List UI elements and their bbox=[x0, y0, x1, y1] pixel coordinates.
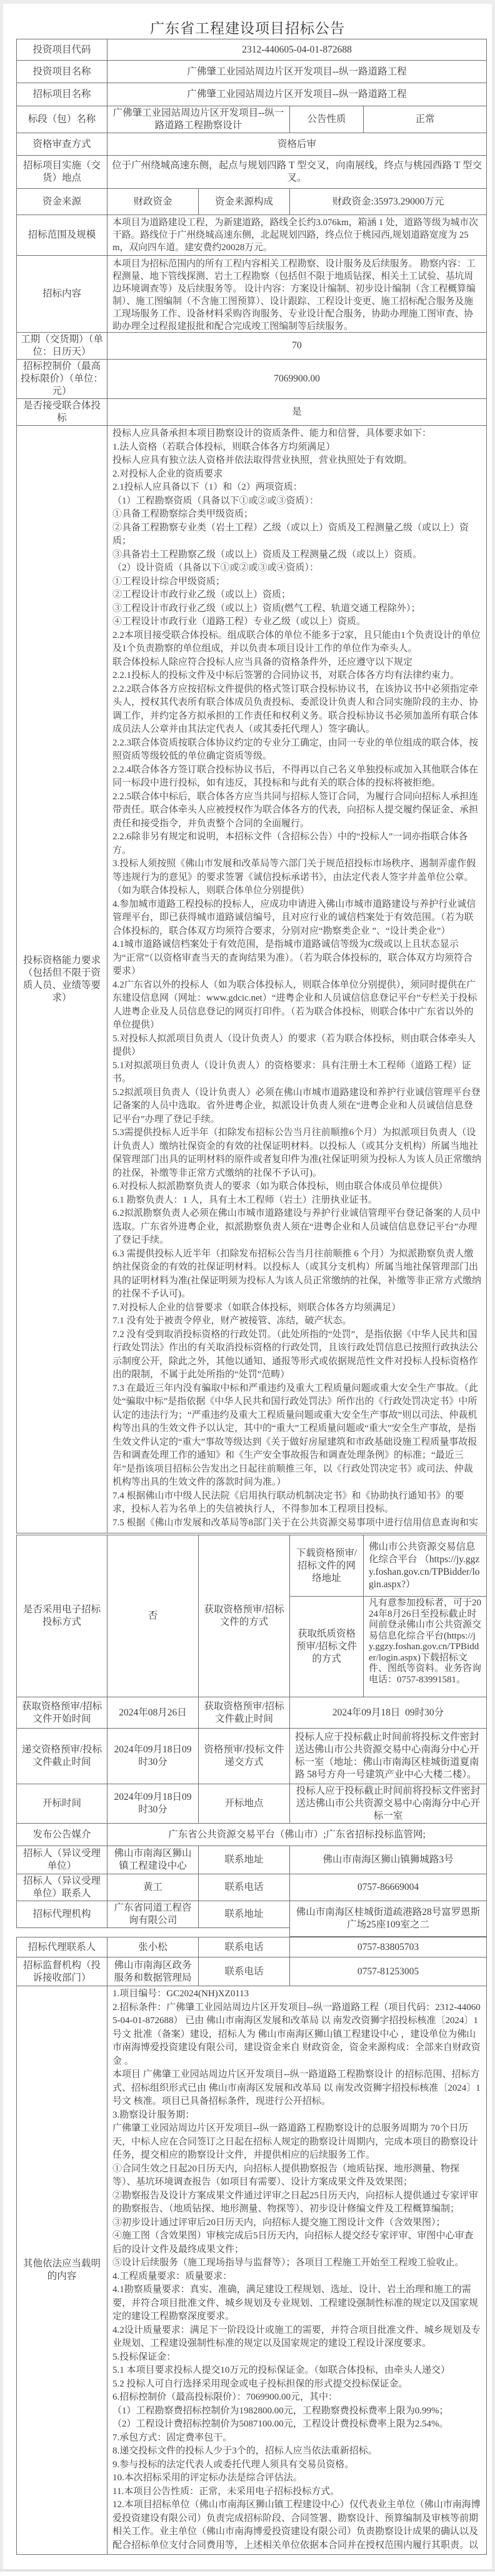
doc-download-label: 下载资格预审/招标文件的网络地址 bbox=[290, 1535, 364, 1597]
agency-contact-label: 招标代理联系人 bbox=[17, 1937, 107, 1957]
invest-name-value: 广佛肇工业园站周边片区开发项目--纵一路道路工程 bbox=[107, 61, 487, 83]
fund-source-label: 资金来源 bbox=[17, 189, 107, 215]
other-content-label: 其他依法应当载明的内容 bbox=[17, 1986, 107, 2555]
fund-source-value: 财政资金 bbox=[107, 189, 199, 215]
qualification-requirements-label: 投标资格能力要求（包括但不限于资质人员、业绩等要求） bbox=[17, 426, 107, 1533]
tender-name-value: 广佛肇工业园站周边片区开发项目--纵一路道路工程 bbox=[107, 83, 487, 106]
tenderer-phone-label: 联系电话 bbox=[199, 1874, 290, 1901]
supervisor-phone-value: 0757-81253005 bbox=[290, 1957, 487, 1986]
accept-consortium-value: 是 bbox=[107, 399, 487, 426]
supervisor-label: 招标监督机构（投诉接收部门） bbox=[17, 1957, 107, 1986]
doc-download-value: 佛山市公共资源交易信息化综合平台 （https://jy.ggzy.foshan… bbox=[364, 1535, 487, 1597]
qualification-requirements-cell: 投标人应具备承担本项目勘察设计的资质条件、能力和信誉，具体要求如下： 1.法人资… bbox=[107, 426, 487, 1533]
page-title: 广东省工程建设项目招标公告 bbox=[3, 19, 492, 39]
contacts-other-table: 招标代理联系人 张小松 联系电话 0757-83805703 招标监督机构（投诉… bbox=[16, 1937, 487, 2555]
tender-name-label: 招标项目名称 bbox=[17, 83, 107, 106]
duration-value: 70 bbox=[107, 333, 487, 360]
submission-deadline-value: 2024年09月18日09时30分 bbox=[107, 1729, 199, 1784]
qualification-requirements-value: 投标人应具备承担本项目勘察设计的资质条件、能力和信誉，具体要求如下： 1.法人资… bbox=[112, 427, 481, 1530]
bid-opening-place-label: 开标地点 bbox=[199, 1784, 290, 1824]
scope-scale-label: 招标范围及规模 bbox=[17, 215, 107, 256]
submission-method-value: 投标人应于投标截止时间前将投标文件密封送达佛山市公共资源交易中心南海分中心开标一… bbox=[290, 1729, 487, 1784]
accept-consortium-label: 是否接受联合体投标 bbox=[17, 399, 107, 426]
announcement-page: 广东省工程建设项目招标公告 投资项目代码 2312-440605-04-01-8… bbox=[0, 0, 495, 2576]
announcement-media-value: 广东省公共资源交易平台（佛山市）;广东省招标投标监管网; bbox=[107, 1824, 487, 1846]
scope-scale-value: 本项目为道路建设工程，为新建道路，路线全长约3.076km，箱涵 1 处，道路等… bbox=[107, 215, 487, 256]
tenderer-contact-label: 招标人（异议受理单位）联系人 bbox=[17, 1874, 107, 1901]
agency-label: 招标代理机构 bbox=[17, 1901, 107, 1928]
bidding-process-table: 是否采用电子招标投标方式 否 获取资格预审/招标文件的方式 下载资格预审/招标文… bbox=[16, 1535, 487, 1937]
submission-method-label: 资格预审/投标文件递交方式 bbox=[199, 1729, 290, 1784]
invest-name-label: 投资项目名称 bbox=[17, 61, 107, 83]
agency-addr-value: 佛山市南海区桂城街道疏港路28号富罗恩斯广场25座109室之二 bbox=[290, 1901, 487, 1937]
invest-code-value: 2312-440605-04-01-872688 bbox=[107, 39, 487, 61]
qualification-review-value: 资格后审 bbox=[107, 133, 487, 156]
notice-nature-label: 公告性质 bbox=[290, 106, 364, 133]
location-label: 招标项目实施（交货）地点 bbox=[17, 156, 107, 189]
fund-composition-label: 资金来源构成 bbox=[199, 189, 290, 215]
agency-phone-label: 联系电话 bbox=[199, 1937, 290, 1957]
tenderer-addr-label: 联系地址 bbox=[199, 1846, 290, 1874]
supervisor-value: 佛山市南海区政务服务和数据管理局 bbox=[107, 1957, 199, 1986]
bid-opening-time-label: 开标时间 bbox=[17, 1784, 107, 1824]
doc-start-time-value: 2024年08月26日 bbox=[107, 1697, 199, 1729]
doc-paper-label: 获取纸质资格预审/招标文件的方式 bbox=[290, 1597, 364, 1697]
location-value: 位于广州绕城高速东侧，起点与规划四路 T 型交叉，向南展线，终点与桃园西路 T … bbox=[107, 156, 487, 189]
qualification-review-label: 资格审查方式 bbox=[17, 133, 107, 156]
fund-composition-value: 财政资金:35973.29000万元 bbox=[290, 189, 487, 215]
tender-info-table: 投资项目代码 2312-440605-04-01-872688 投资项目名称 广… bbox=[16, 39, 487, 1533]
agency-contact-value: 张小松 bbox=[107, 1937, 199, 1957]
section-name-label: 标段（包）名称 bbox=[17, 106, 107, 133]
other-content-cell: 1.项目编号：GC2024(NH)XZ0113 2.招标条件：广佛肇工业园站周边… bbox=[107, 1986, 487, 2555]
page-frame-right bbox=[492, 0, 495, 2569]
price-ceiling-label: 招标控制价（最高投标限价）（单位：元） bbox=[17, 360, 107, 399]
section-name-value: 广佛肇工业园站周边片区开发项目--纵一路道路工程勘察设计 bbox=[107, 106, 290, 133]
agency-phone-value: 0757-83805703 bbox=[290, 1937, 487, 1957]
doc-obtain-label: 获取资格预审/招标文件的方式 bbox=[199, 1535, 290, 1697]
doc-end-time-value: 2024年09月18日 09时30分 bbox=[290, 1697, 487, 1729]
agency-addr-label: 联系地址 bbox=[199, 1901, 290, 1928]
price-ceiling-value: 7069900.00 bbox=[107, 360, 487, 399]
doc-start-time-label: 获取资格预审/招标文件开始时间 bbox=[17, 1697, 107, 1729]
tenderer-addr-value: 佛山市南海区狮山镇狮城路3号 bbox=[290, 1846, 487, 1874]
bid-opening-place-value: 投标人应于投标截止时间前将投标文件密封送达佛山市公共资源交易中心南海分中心开标一… bbox=[290, 1784, 487, 1824]
bid-opening-time-value: 2024年09月18日09时30分 bbox=[107, 1784, 199, 1824]
page-frame-bottom bbox=[0, 2569, 495, 2572]
submission-deadline-label: 递交资格预审/投标文件截止时间 bbox=[17, 1729, 107, 1784]
other-content-value: 1.项目编号：GC2024(NH)XZ0113 2.招标条件：广佛肇工业园站周边… bbox=[112, 1988, 481, 2552]
tenderer-contact-value: 黄工 bbox=[107, 1874, 199, 1901]
invest-code-label: 投资项目代码 bbox=[17, 39, 107, 61]
notice-nature-value: 正常 bbox=[364, 106, 487, 133]
supervisor-phone-label: 联系电话 bbox=[199, 1957, 290, 1986]
tenderer-value: 佛山市南海区狮山镇工程建设中心 bbox=[107, 1846, 199, 1874]
electronic-bidding-value: 否 bbox=[107, 1535, 199, 1697]
announcement-content: 广东省工程建设项目招标公告 投资项目代码 2312-440605-04-01-8… bbox=[3, 4, 492, 2555]
tender-content-value: 本项目为招标范围内的所有工程内容相关工程勘察、设计服务及后续服务。 勘察内容：工… bbox=[112, 258, 481, 331]
doc-paper-cell: 凡有意参加投标者，可于2024年8月26日至投标截止时间前登录佛山市公共资源交易… bbox=[364, 1597, 487, 1697]
doc-paper-value: 凡有意参加投标者，可于2024年8月26日至投标截止时间前登录佛山市公共资源交易… bbox=[369, 1598, 481, 1695]
electronic-bidding-label: 是否采用电子招标投标方式 bbox=[17, 1535, 107, 1697]
table-gap-spacer bbox=[17, 1928, 290, 1937]
doc-end-time-label: 获取资格预审/招标文件截止时间 bbox=[199, 1697, 290, 1729]
duration-label: 工期（交货期）（单位：日历天） bbox=[17, 333, 107, 360]
tender-content-label: 招标内容 bbox=[17, 256, 107, 333]
agency-value: 广东省同道工程咨询有限公司 bbox=[107, 1901, 199, 1928]
tenderer-label: 招标人（异议受理单位） bbox=[17, 1846, 107, 1874]
announcement-media-label: 发布公告媒介 bbox=[17, 1824, 107, 1846]
tenderer-phone-value: 0757-86669004 bbox=[290, 1874, 487, 1901]
tender-content-cell: 本项目为招标范围内的所有工程内容相关工程勘察、设计服务及后续服务。 勘察内容：工… bbox=[107, 256, 487, 333]
